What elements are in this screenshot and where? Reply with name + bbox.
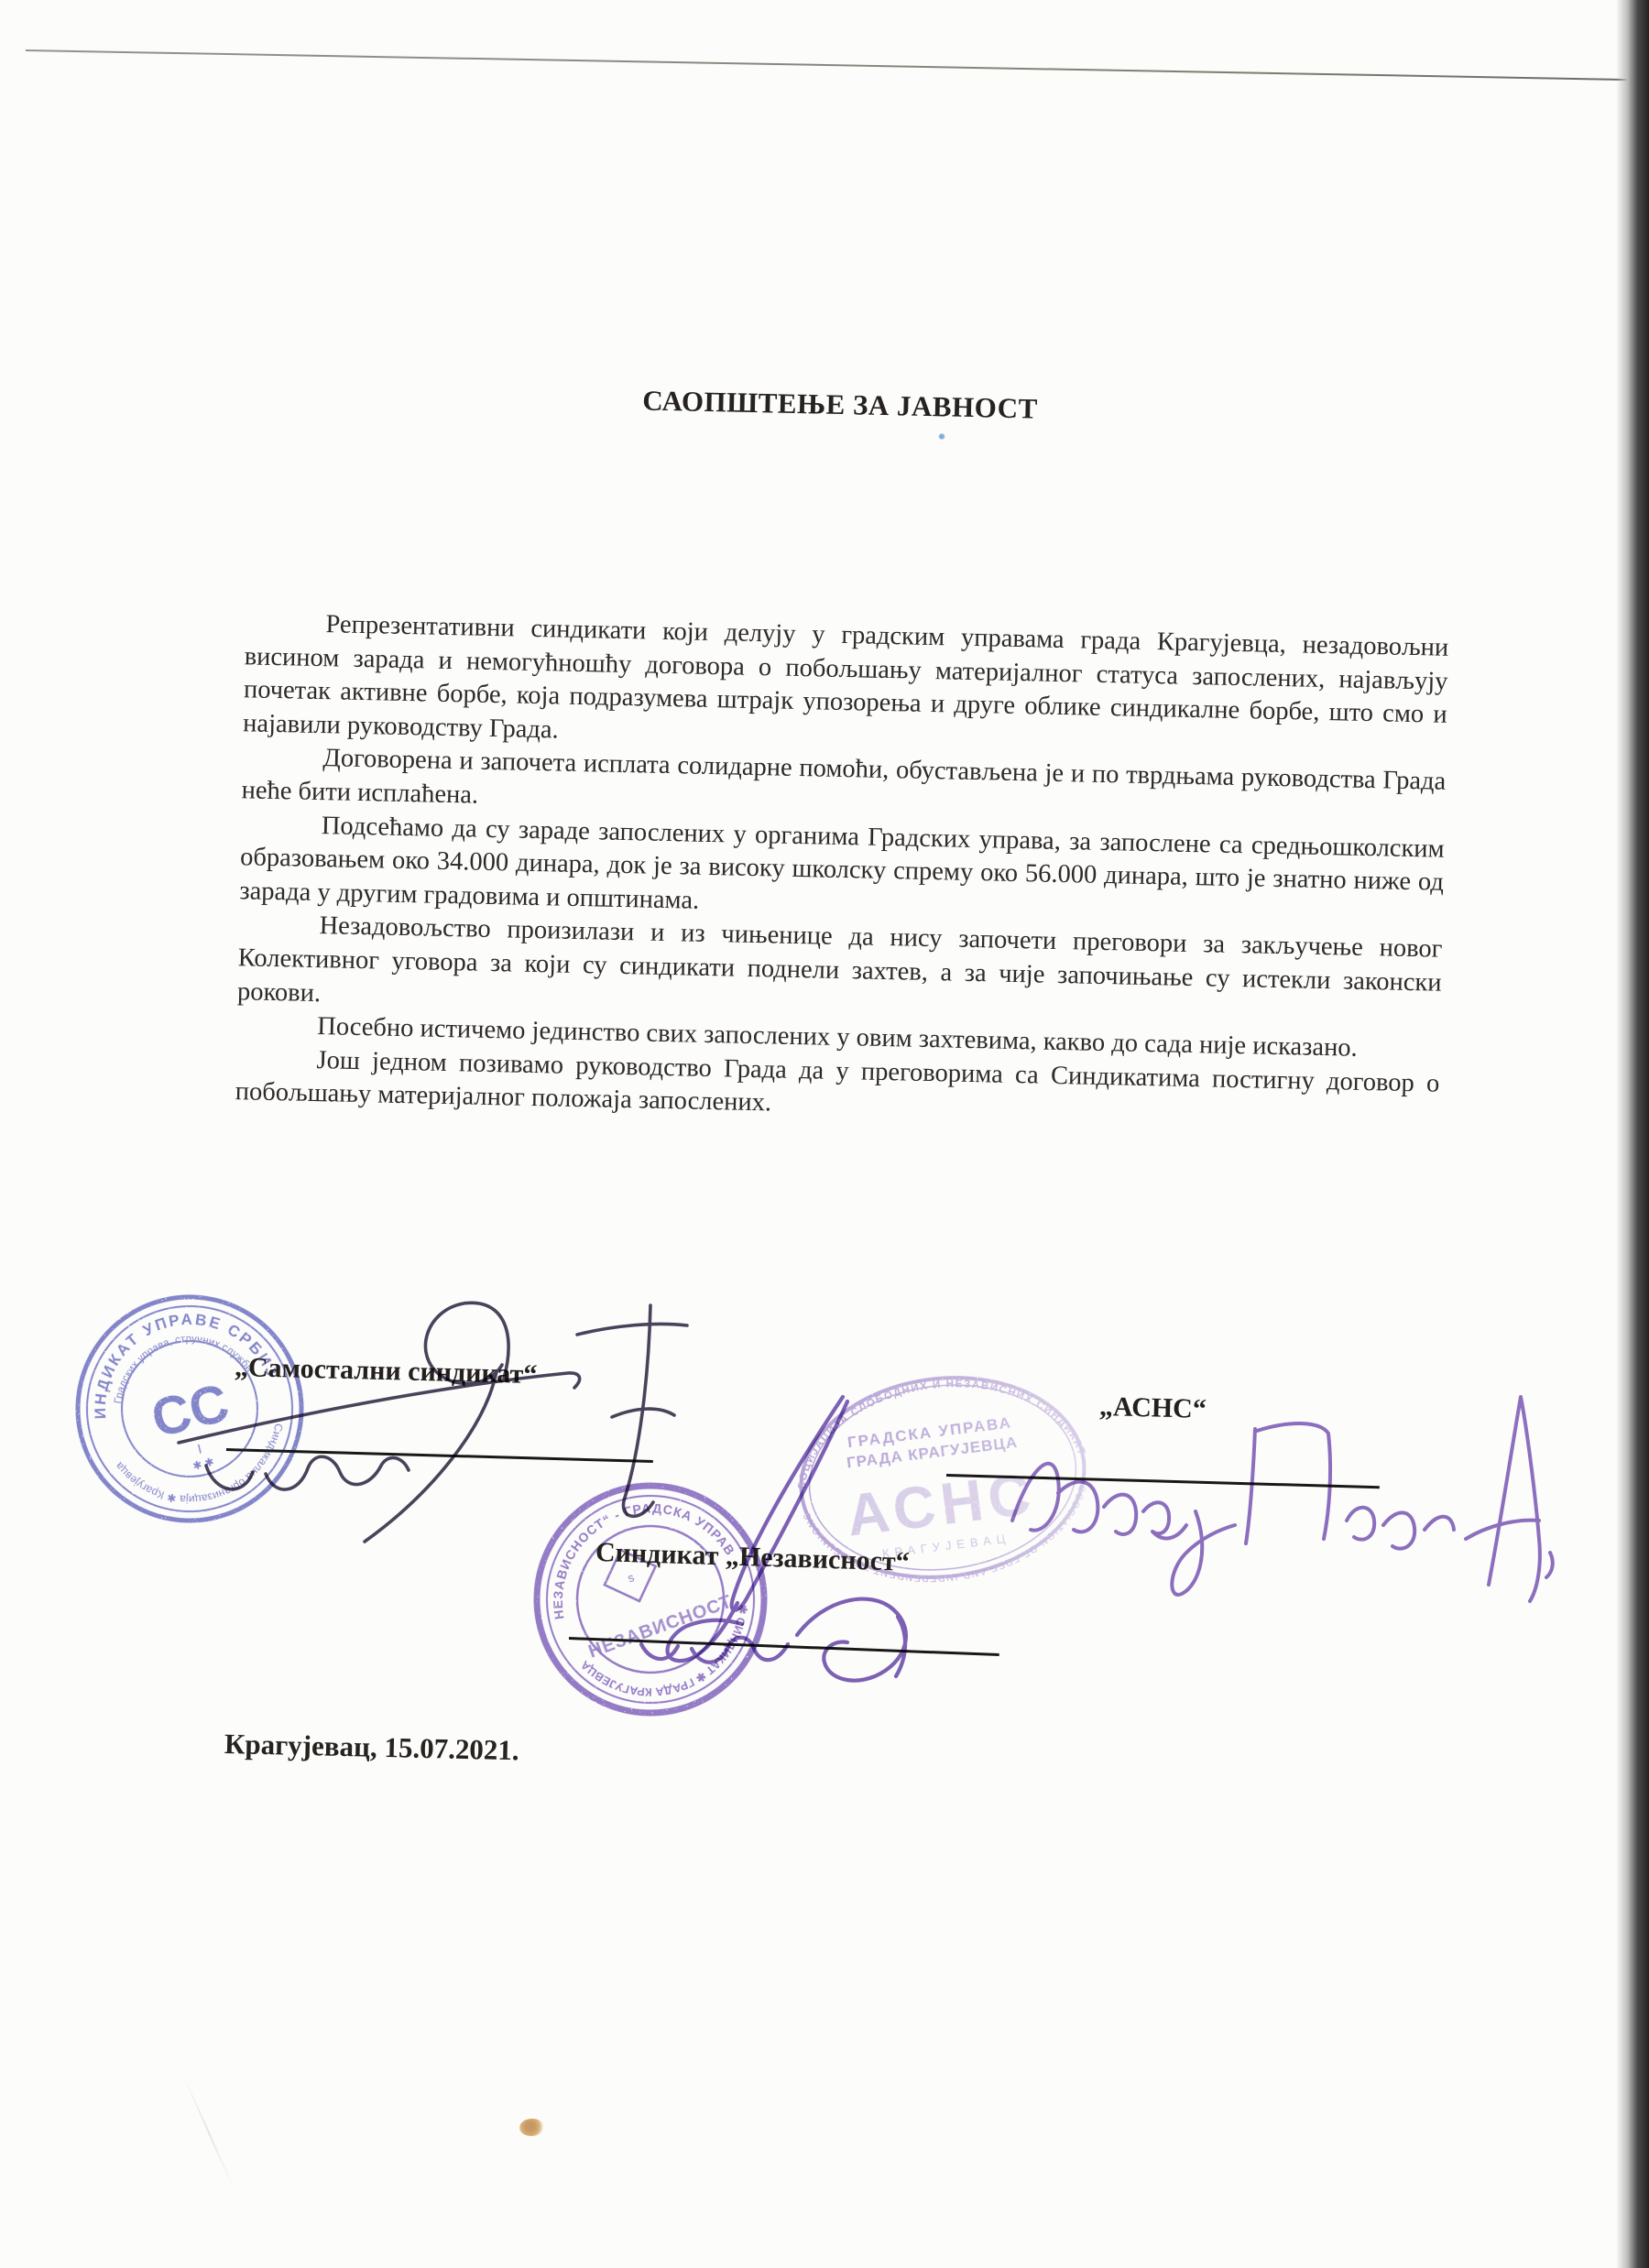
ink-speck-blue — [938, 433, 945, 440]
signature-nezavisnost — [513, 1369, 953, 1717]
signature-asns — [989, 1374, 1585, 1630]
paper-crease-line — [183, 2077, 235, 2189]
scanned-press-release-page: { "page": { "paper_color": "#fcfcfa", "s… — [0, 0, 1649, 2268]
scan-right-edge-shadow — [1616, 0, 1649, 2268]
date-place-line: Крагујевац, 15.07.2021. — [224, 1728, 519, 1767]
paragraph-1: Репрезентативни синдикати који делују у … — [243, 606, 1449, 766]
stain-speck-orange — [519, 2119, 543, 2136]
scan-paper-edge-line — [26, 49, 1647, 81]
document-title: САОПШТЕЊЕ ЗА ЈАВНОСТ — [458, 380, 1223, 429]
document-body: Репрезентативни синдикати који делују у … — [235, 606, 1448, 1134]
